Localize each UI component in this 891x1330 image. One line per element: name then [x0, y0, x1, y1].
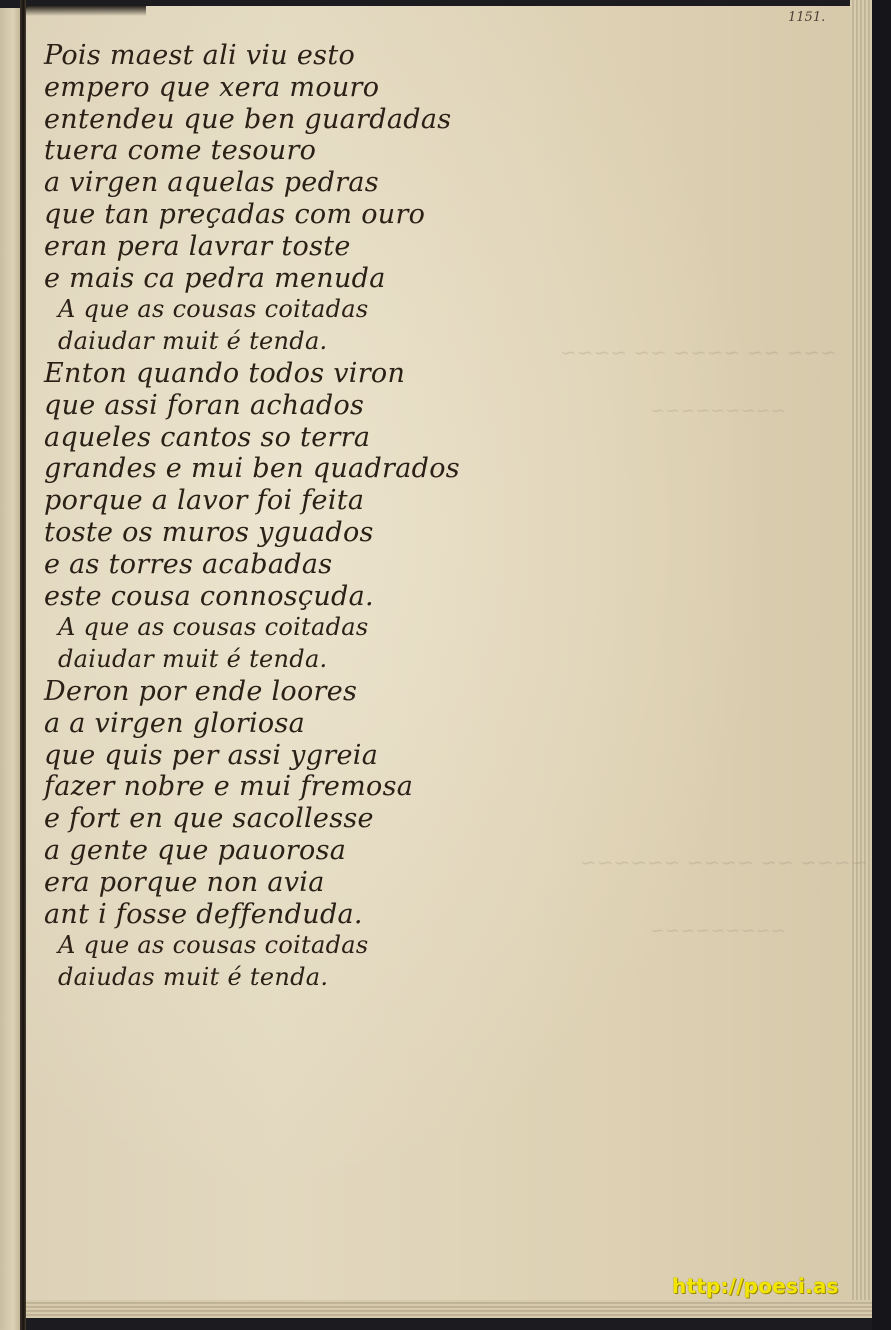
poem-line: e fort en que sacollesse	[44, 803, 464, 835]
page-shadow	[26, 6, 146, 16]
poem-line: Pois maest ali viu esto	[44, 40, 464, 72]
poem-text: Pois maest ali viu estoempero que xera m…	[44, 40, 464, 994]
poem-line: que tan preçadas com ouro	[44, 199, 464, 231]
page-stack-bottom-edge	[26, 1300, 872, 1318]
refrain-line: daiudar muit é tenda.	[44, 644, 464, 676]
poem-line: e mais ca pedra menuda	[44, 263, 464, 295]
poem-line: e as torres acabadas	[44, 549, 464, 581]
watermark-url: http://poesi.as	[672, 1274, 839, 1298]
facing-page-edge	[0, 8, 22, 1330]
bleed-through-text: ~~~~~~~~~	[650, 920, 786, 941]
refrain-line: daiudar muit é tenda.	[44, 326, 464, 358]
poem-line: ant i fosse deffenduda.	[44, 899, 464, 931]
poem-line: Deron por ende loores	[44, 676, 464, 708]
bleed-through-text: ~~~~~~~~~	[650, 400, 786, 421]
book-gutter	[20, 0, 26, 1330]
dark-background	[872, 0, 891, 1330]
poem-line: toste os muros yguados	[44, 517, 464, 549]
poem-line: empero que xera mouro	[44, 72, 464, 104]
refrain-line: A que as cousas coitadas	[44, 612, 464, 644]
poem-line: tuera come tesouro	[44, 135, 464, 167]
poem-line: grandes e mui ben quadrados	[44, 453, 464, 485]
poem-line: este cousa connosçuda.	[44, 581, 464, 613]
poem-line: que quis per assi ygreia	[44, 740, 464, 772]
poem-line: Enton quando todos viron	[44, 358, 464, 390]
poem-line: que assi foran achados	[44, 390, 464, 422]
poem-line: era porque non avia	[44, 867, 464, 899]
page-number: 1151.	[788, 10, 825, 25]
poem-line: a virgen aquelas pedras	[44, 167, 464, 199]
poem-line: aqueles cantos so terra	[44, 422, 464, 454]
poem-line: a gente que pauorosa	[44, 835, 464, 867]
poem-line: fazer nobre e mui fremosa	[44, 771, 464, 803]
bleed-through-text: ~~~~ ~~ ~~~~ ~~~~~~	[580, 850, 867, 874]
poem-line: porque a lavor foi feita	[44, 485, 464, 517]
poem-line: a a virgen gloriosa	[44, 708, 464, 740]
bleed-through-text: ~~~ ~~ ~~~~ ~~ ~~~~	[560, 340, 837, 364]
poem-line: entendeu que ben guardadas	[44, 104, 464, 136]
poem-line: eran pera lavrar toste	[44, 231, 464, 263]
refrain-line: daiudas muit é tenda.	[44, 962, 464, 994]
refrain-line: A que as cousas coitadas	[44, 294, 464, 326]
manuscript-scan: ~~~ ~~ ~~~~ ~~ ~~~~ ~~~~~~~~~ ~~~~ ~~ ~~…	[0, 0, 891, 1330]
page-stack-right-edge	[850, 0, 872, 1318]
refrain-line: A que as cousas coitadas	[44, 930, 464, 962]
